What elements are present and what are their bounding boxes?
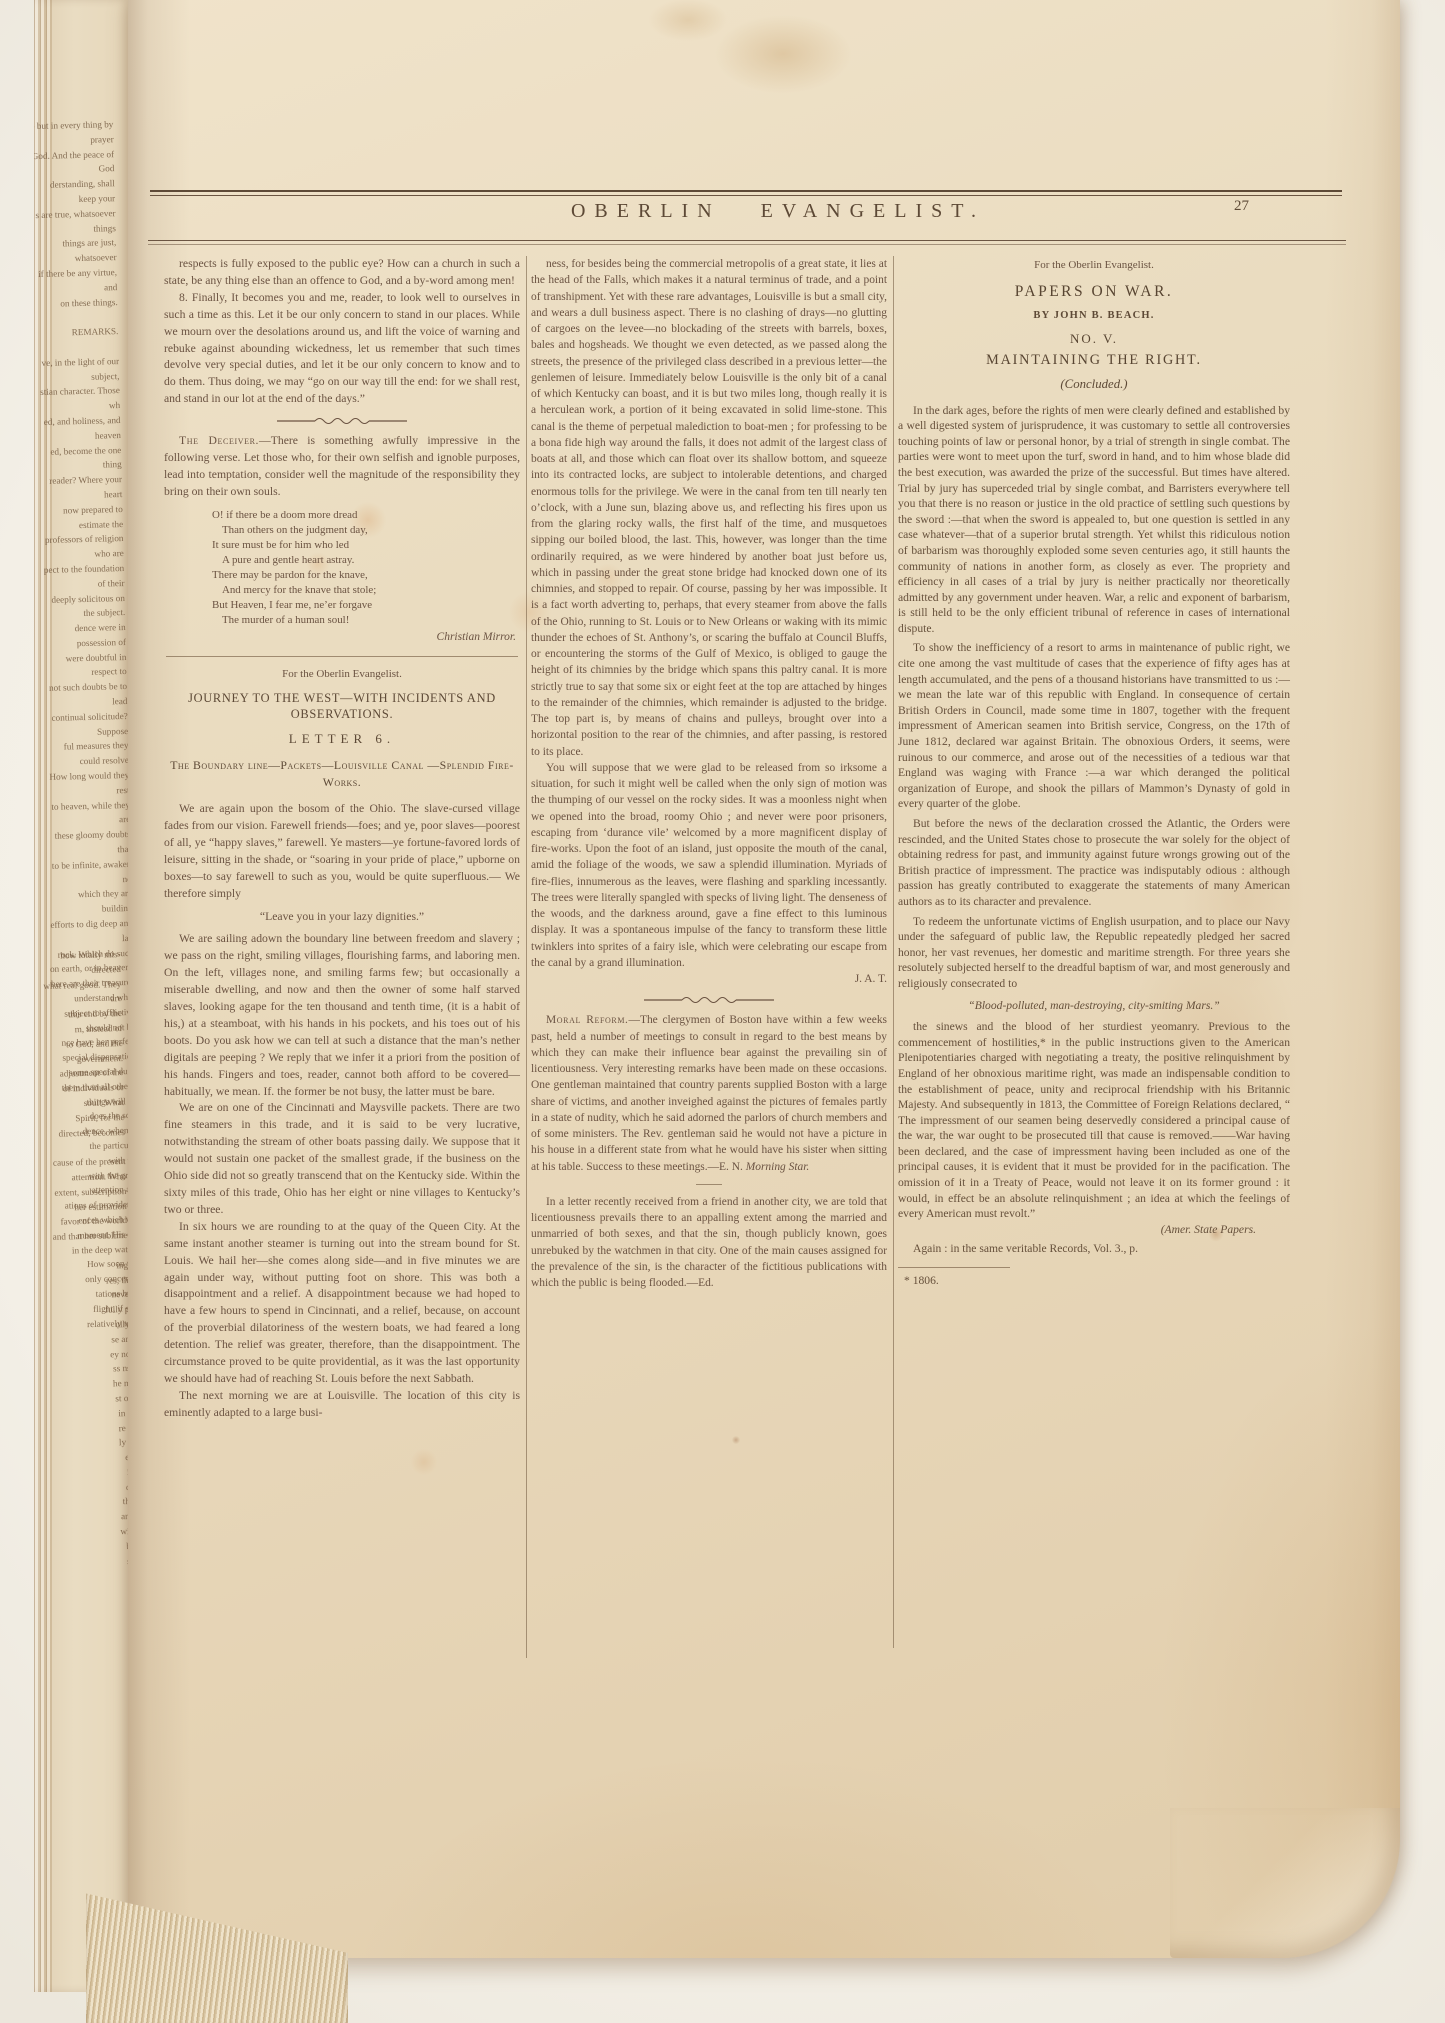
footnote-rule (898, 1267, 1010, 1268)
journey-letter-heading: LETTER 6. (164, 731, 520, 748)
poem-line: But Heaven, I fear me, ne’er forgave (212, 598, 520, 613)
page-number: 27 (1234, 198, 1249, 215)
columns-container: respects is fully exposed to the public … (164, 256, 1290, 1658)
masthead-bottom-rule (148, 240, 1346, 245)
column3-paragraph-2: To show the inefficiency of a resort to … (898, 640, 1290, 812)
poem-line: And mercy for the knave that stole; (222, 583, 520, 598)
column2-paragraph-2: You will suppose that we were glad to be… (531, 760, 887, 971)
moral-reform-source: Morning Star. (746, 1161, 810, 1173)
moral-reform-lead: Moral Reform. (546, 1014, 629, 1026)
article-end-rule (166, 656, 518, 657)
deceiver-lead: The Deceiver. (179, 434, 259, 447)
papers-for-line: For the Oberlin Evangelist. (898, 258, 1290, 274)
book-spine-page-edges: - but in every thing by prayer God. And … (34, 0, 130, 1992)
column2-paragraph-3: In a letter recently received from a fri… (531, 1194, 887, 1292)
journey-quote: “Leave you in your lazy dignities.” (164, 909, 520, 926)
moral-reform-paragraph: Moral Reform.—The clergymen of Boston ha… (531, 1012, 887, 1175)
article-divider-squiggle-icon (277, 417, 407, 425)
column3-footnote: * 1806. (898, 1273, 1290, 1289)
column3-paragraph-5: the sinews and the blood of her sturdies… (898, 1019, 1290, 1222)
poem-line: It sure must be for him who led (212, 538, 520, 553)
photo-background: - but in every thing by prayer God. And … (0, 0, 1445, 2023)
deceiver-paragraph: The Deceiver.—There is something awfully… (164, 433, 520, 501)
poem-line: O! if there be a doom more dread (212, 508, 520, 523)
short-divider-rule (696, 1184, 722, 1185)
journey-for-line: For the Oberlin Evangelist. (164, 666, 520, 683)
column3-paragraph-1: In the dark ages, before the rights of m… (898, 403, 1290, 637)
poem-line: There may be pardon for the knave, (212, 568, 520, 583)
masthead-top-rule (150, 190, 1342, 196)
column2-paragraph-1: ness, for besides being the commercial m… (531, 256, 887, 760)
page-curl (1170, 1808, 1400, 1958)
previous-page-fragments-bottom: how totally mis-directed what real good.… (36, 947, 130, 1570)
papers-subtitle: MAINTAINING THE RIGHT. (898, 353, 1290, 369)
column1-paragraph-2: 8. Finally, It becomes you and me, reade… (164, 290, 520, 408)
journey-paragraph-5: The next morning we are at Louisville. T… (164, 1388, 520, 1422)
article-divider-squiggle-icon (644, 996, 774, 1004)
poem-line: A pure and gentle heart astray. (222, 553, 520, 568)
column-rule-2 (893, 256, 894, 1648)
moral-reform-rest: —The clergymen of Boston have within a f… (531, 1014, 887, 1172)
poem-line: Than others on the judgment day, (222, 523, 520, 538)
poem-attribution: Christian Mirror. (212, 630, 516, 645)
column2-signature: J. A. T. (531, 971, 887, 987)
column-2: ness, for besides being the commercial m… (531, 256, 887, 1658)
journey-paragraph-2: We are sailing adown the boundary line b… (164, 931, 520, 1100)
column3-mars-quote: “Blood-polluted, man-destroying, city-sm… (898, 998, 1290, 1014)
deceiver-poem: O! if there be a doom more dread Than ot… (212, 508, 520, 645)
column3-paragraph-3: But before the news of the declaration c… (898, 816, 1290, 910)
papers-on-war-title: PAPERS ON WAR. (898, 284, 1290, 300)
papers-byline: BY JOHN B. BEACH. (898, 308, 1290, 324)
poem-line: The murder of a human soul! (222, 613, 520, 628)
journey-title: JOURNEY TO THE WEST—WITH INCIDENTS AND O… (168, 690, 516, 724)
column-rule-1 (526, 256, 527, 1658)
masthead-title: OBERLIN EVANGELIST. (168, 200, 1388, 223)
journey-subtitle: The Boundary line—Packets—Louisville Can… (164, 757, 520, 791)
column-1: respects is fully exposed to the public … (164, 256, 520, 1658)
column-3: For the Oberlin Evangelist. PAPERS ON WA… (898, 256, 1290, 1658)
journey-paragraph-1: We are again upon the bosom of the Ohio.… (164, 801, 520, 902)
journey-paragraph-4: In six hours we are rounding to at the q… (164, 1219, 520, 1388)
column3-paragraph-6: Again : in the same veritable Records, V… (898, 1241, 1290, 1257)
journey-paragraph-3: We are on one of the Cincinnati and Mays… (164, 1100, 520, 1218)
column3-paragraph-4: To redeem the unfortunate victims of Eng… (898, 914, 1290, 992)
column1-paragraph-1: respects is fully exposed to the public … (164, 256, 520, 290)
newspaper-page: OBERLIN EVANGELIST. 27 respects is fully… (128, 0, 1400, 1958)
column3-attribution: (Amer. State Papers. (898, 1222, 1256, 1238)
papers-number: NO. V. (898, 331, 1290, 347)
papers-concluded: (Concluded.) (898, 377, 1290, 393)
